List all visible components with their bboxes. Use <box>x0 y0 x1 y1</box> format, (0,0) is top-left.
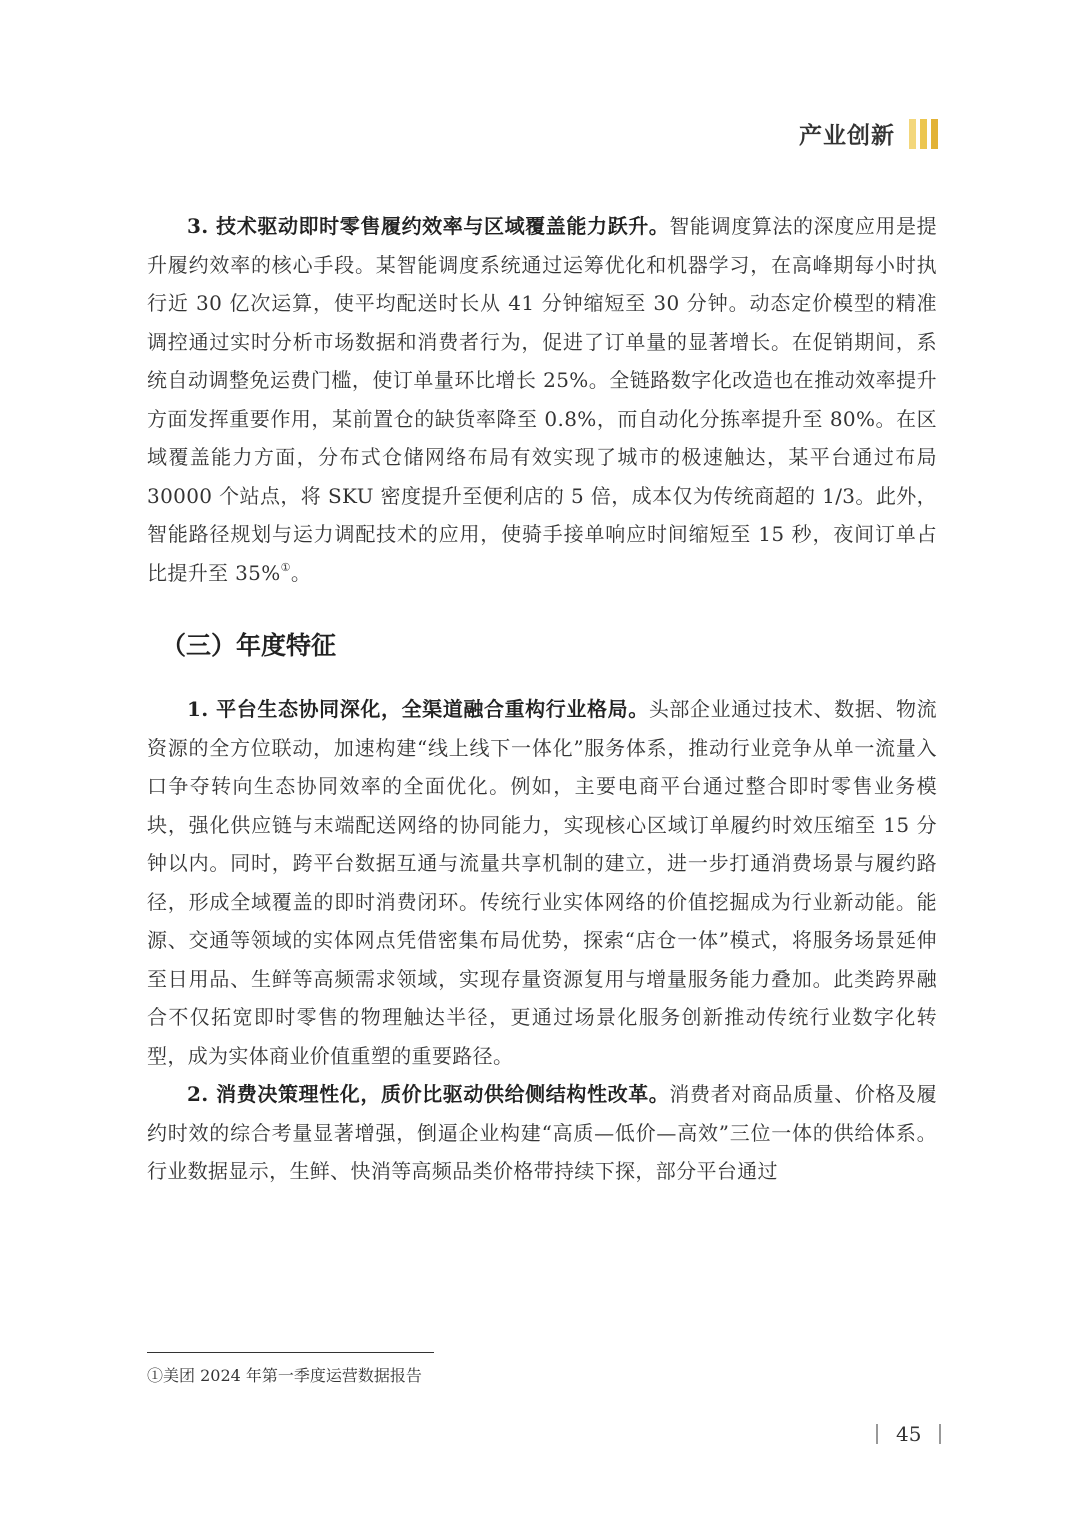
paragraph-platform-ecosystem: 1. 平台生态协同深化，全渠道融合重构行业格局。头部企业通过技术、数据、物流资源… <box>147 690 937 1075</box>
page-separator-left <box>876 1424 878 1444</box>
paragraph-lead: 1. 平台生态协同深化，全渠道融合重构行业格局。 <box>187 697 649 721</box>
paragraph-body: 头部企业通过技术、数据、物流资源的全方位联动，加速构建“线上线下一体化”服务体系… <box>147 697 937 1068</box>
footnote: ①美团 2024 年第一季度运营数据报告 <box>147 1363 422 1386</box>
paragraph-body: 智能调度算法的深度应用是提升履约效率的核心手段。某智能调度系统通过运筹优化和机器… <box>147 214 937 585</box>
paragraph-lead: 2. 消费决策理性化，质价比驱动供给侧结构性改革。 <box>187 1082 669 1106</box>
paragraph-tail: 。 <box>291 561 311 585</box>
page-separator-right <box>939 1424 941 1444</box>
header-bar-2 <box>920 119 927 149</box>
section-heading: （三）年度特征 <box>161 626 937 662</box>
running-header: 产业创新 <box>799 117 938 150</box>
footnote-ref[interactable]: ① <box>281 561 291 574</box>
main-content: 3. 技术驱动即时零售履约效率与区域覆盖能力跃升。智能调度算法的深度应用是提升履… <box>147 207 937 1191</box>
page-number-block: 45 <box>876 1422 941 1446</box>
header-bar-3 <box>931 119 938 149</box>
paragraph-tech-driven: 3. 技术驱动即时零售履约效率与区域覆盖能力跃升。智能调度算法的深度应用是提升履… <box>147 207 937 592</box>
header-bars-icon <box>909 119 938 149</box>
header-bar-1 <box>909 119 916 149</box>
page-number: 45 <box>896 1422 921 1446</box>
header-section-title: 产业创新 <box>799 117 895 150</box>
paragraph-lead: 3. 技术驱动即时零售履约效率与区域覆盖能力跃升。 <box>187 214 669 238</box>
footnote-divider <box>147 1352 434 1353</box>
paragraph-consumer-decision: 2. 消费决策理性化，质价比驱动供给侧结构性改革。消费者对商品质量、价格及履约时… <box>147 1075 937 1191</box>
